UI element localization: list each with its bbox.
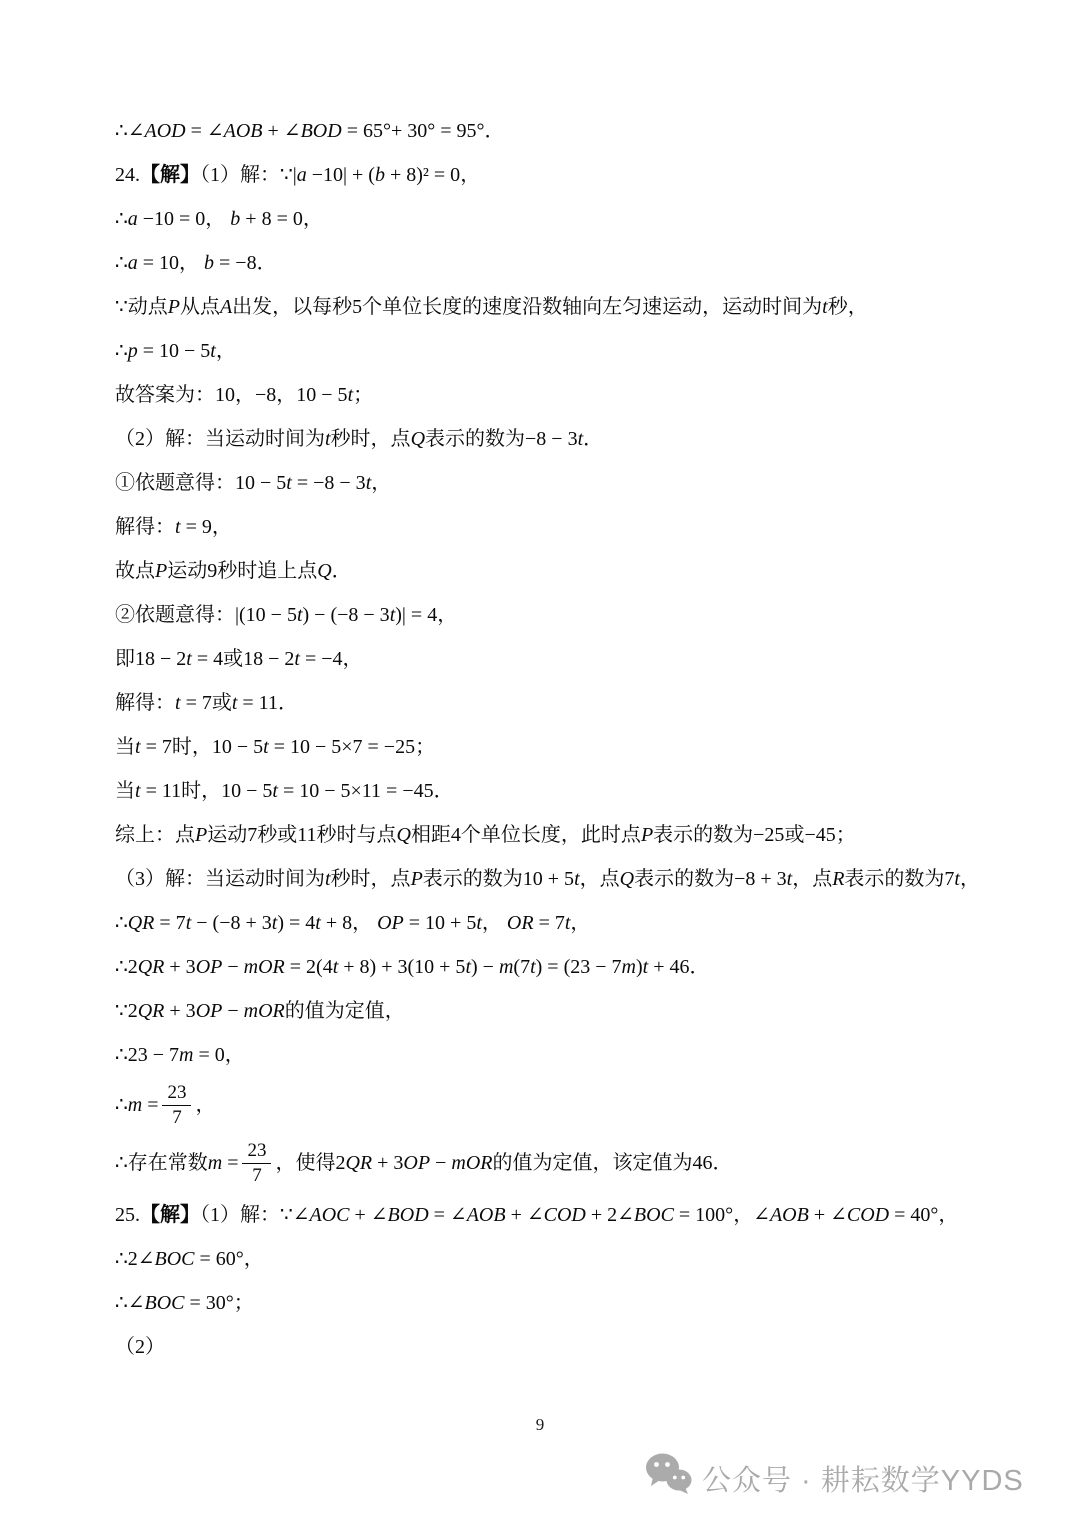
math-run: −8 [255,384,276,406]
text-run: ， [733,1204,753,1226]
text-run: ， [195,1094,215,1116]
fraction-denominator: 7 [242,1164,271,1185]
solution-content: ∴∠AOD = ∠AOB + ∠BOD = 65°+ 30° = 95°．24.… [115,116,1050,1376]
math-run: 10 − 5t [296,384,353,406]
text-run: ， [960,868,980,890]
text-run: 相距4个单位长度，此时点 [411,824,641,846]
footer-brand-text: 公众号 · 耕耘数学YYDS [702,1458,1024,1499]
solution-line: ∴m =237， [115,1084,1050,1129]
text-run: ． [690,956,710,978]
math-run: ∴ [115,1152,128,1174]
text-run: ， [343,648,363,670]
solution-line: ∴∠BOC = 30°； [115,1288,1050,1319]
solution-line: 即18 − 2t = 4或18 − 2t = −4， [115,644,1050,675]
text-run: 时， [172,736,212,758]
text-run: 秒， [828,296,868,318]
math-run: ∴a −10 = 0 [115,208,205,230]
math-run: t = 11 [232,692,278,714]
math-run: 18 − 2t = −4 [243,648,342,670]
solution-line: 故答案为：10，−8，10 − 5t； [115,380,1050,411]
fraction-numerator: 23 [242,1140,271,1164]
solution-line: ∴QR = 7t − (−8 + 3t) = 4t + 8， OP = 10 +… [115,908,1050,939]
math-run: 10 − 5t = −8 − 3t [235,472,371,494]
text-run: 当 [115,780,135,802]
text-run: ， [225,1044,245,1066]
text-run: ． [332,560,352,582]
solution-line: （2）解：当运动时间为t秒时，点Q表示的数为−8 − 3t． [115,424,1050,455]
text-run: ， [244,1248,264,1270]
math-run: t = 7 [175,692,212,714]
solution-line: ∵动点P从点A出发，以每秒5个单位长度的速度沿数轴向左匀速运动，运动时间为t秒， [115,292,1050,323]
text-run: ， [235,384,255,406]
text-run: ， [216,340,236,362]
math-run: m = [208,1152,239,1174]
math-run: ∴p = 10 − 5t [115,340,216,362]
text-run: ， [179,252,199,274]
text-run: 出发，以每秒5个单位长度的速度沿数轴向左匀速运动，运动时间为 [232,296,822,318]
text-run: （1）解： [200,164,280,186]
solution-line: 25.【解】（1）解：∵∠AOC + ∠BOD = ∠AOB + ∠COD + … [115,1200,1050,1231]
solution-line: （3）解：当运动时间为t秒时，点P表示的数为10 + 5t，点Q表示的数为−8 … [115,864,1050,895]
fraction-numerator: 23 [162,1082,191,1106]
solution-line: ∴∠AOD = ∠AOB + ∠BOD = 65°+ 30° = 95°． [115,116,1050,147]
math-run: ∴2∠BOC = 60° [115,1248,244,1270]
math-run: 10 − 5t = 10 − 5×11 = −45 [221,780,434,802]
text-run: ， [938,1204,958,1226]
text-run: ①依题意得： [115,472,235,494]
text-run: （2）解：当运动时间为 [115,428,325,450]
math-run: t = 7 [135,736,172,758]
math-run: 24. [115,164,140,186]
math-run: ∴2QR + 3OP − mOR = 2(4t + 8) + 3(10 + 5t… [115,956,690,978]
math-run: |(10 − 5t) − (−8 − 3t)| = 4 [235,604,437,626]
text-run: 表示的数为 [634,868,734,890]
footer-brand: 公众号 · 耕耘数学YYDS [645,1452,1024,1504]
solution-line: 综上：点P运动7秒或11秒时与点Q相距4个单位长度，此时点P表示的数为−25或−… [115,820,1050,851]
math-run: −25 [753,824,784,846]
text-run: ； [234,1292,254,1314]
text-run: ； [353,384,373,406]
solution-line: 故点P运动9秒时追上点Q． [115,556,1050,587]
solution-line: （2） [115,1332,1050,1363]
text-run: ， [371,472,391,494]
math-run: ∵2QR + 3OP − mOR [115,1000,285,1022]
math-run: OP = 10 + 5t [372,912,482,934]
math-run: b + 8 = 0 [225,208,303,230]
math-run: Q [411,428,425,450]
text-run: 秒时，点 [331,868,411,890]
solution-line: ∵2QR + 3OP − mOR的值为定值， [115,996,1050,1027]
text-run: 从点 [180,296,220,318]
math-run: ∴QR = 7t − (−8 + 3t) = 4t + 8 [115,912,352,934]
text-run: 秒时，点 [331,428,411,450]
math-run: Q [620,868,634,890]
text-run: ②依题意得： [115,604,235,626]
text-run: ，点 [792,868,832,890]
solution-line: 解得：t = 9， [115,512,1050,543]
math-run: −8 + 3t [734,868,792,890]
math-run: 7t [944,868,960,890]
text-run: 的值为定值， [285,1000,405,1022]
text-run: 或 [212,692,232,714]
math-run: 10 [215,384,235,406]
math-run: b = −8 [199,252,257,274]
text-run: ． [257,252,277,274]
math-run: P [195,824,207,846]
text-run-bold: 【解】 [140,1204,200,1226]
text-run: 表示的数为 [425,428,525,450]
solution-line: 解得：t = 7或t = 11． [115,688,1050,719]
text-run: （3）解：当运动时间为 [115,868,325,890]
math-run: ∴23 − 7m = 0 [115,1044,225,1066]
math-run: P [641,824,653,846]
text-run-bold: 【解】 [140,164,200,186]
math-run: ∠AOB + ∠COD = 40° [753,1204,938,1226]
math-run: 25. [115,1204,140,1226]
fraction-denominator: 7 [162,1106,191,1127]
math-run: −45 [804,824,835,846]
math-run: ∵|a −10| + (b + 8)² = 0 [280,164,460,186]
text-run: 故点 [115,560,155,582]
math-run: 10 + 5t [523,868,580,890]
text-run: ； [415,736,435,758]
text-run: 表示的数为 [653,824,753,846]
math-run: A [220,296,232,318]
wechat-icon [645,1453,692,1503]
math-run: ∴m = [115,1094,158,1116]
solution-line: ∴23 − 7m = 0， [115,1040,1050,1071]
text-run: ， [437,604,457,626]
math-run: ∵ [115,296,128,318]
solution-line: ∴2∠BOC = 60°， [115,1244,1050,1275]
text-run: 运动9秒时追上点 [167,560,317,582]
text-run: ，使得 [275,1152,335,1174]
math-run: ∴∠BOC = 30° [115,1292,234,1314]
math-run: ∴∠AOD = ∠AOB + ∠BOD = 65°+ 30° = 95° [115,120,485,142]
solution-line: ∴p = 10 − 5t， [115,336,1050,367]
text-run: 动点 [128,296,168,318]
text-run: 或 [223,648,243,670]
math-run: 10 − 5t = 10 − 5×7 = −25 [212,736,415,758]
fraction: 237 [162,1082,191,1127]
math-run: −8 − 3t [525,428,583,450]
math-run: ∴a = 10 [115,252,179,274]
math-run: P [155,560,167,582]
text-run: ． [434,780,454,802]
text-run: ， [276,384,296,406]
math-run: Q [317,560,331,582]
text-run: 运动7秒或11秒时与点 [207,824,396,846]
text-run: ， [205,208,225,230]
text-run: （2） [115,1336,165,1358]
solution-line: 当t = 11时，10 − 5t = 10 − 5×11 = −45． [115,776,1050,807]
text-run: 当 [115,736,135,758]
text-run: ． [278,692,298,714]
math-run: P [168,296,180,318]
text-run: 表示的数为 [844,868,944,890]
text-run: ； [836,824,856,846]
text-run: ． [583,428,603,450]
solution-line: ①依题意得：10 − 5t = −8 − 3t， [115,468,1050,499]
text-run: 故答案为： [115,384,215,406]
math-run: t = 11 [135,780,181,802]
solution-line: ∴2QR + 3OP − mOR = 2(4t + 8) + 3(10 + 5t… [115,952,1050,983]
math-run: Q [396,824,410,846]
math-run: 2QR + 3OP − mOR [335,1152,492,1174]
solution-line: 24.【解】（1）解：∵|a −10| + (b + 8)² = 0， [115,160,1050,191]
math-run: OR = 7t [502,912,571,934]
math-run: 18 − 2t = 4 [135,648,223,670]
text-run: 综上：点 [115,824,195,846]
solution-line: ②依题意得：|(10 − 5t) − (−8 − 3t)| = 4， [115,600,1050,631]
text-run: 时， [181,780,221,802]
text-run: 或 [784,824,804,846]
solution-line: ∴a −10 = 0， b + 8 = 0， [115,204,1050,235]
solution-line: 当t = 7时，10 − 5t = 10 − 5×7 = −25； [115,732,1050,763]
text-run: ， [570,912,590,934]
text-run: ， [460,164,480,186]
text-run: ． [485,120,505,142]
text-run: （1）解： [200,1204,280,1226]
text-run: 解得： [115,692,175,714]
text-run: 解得： [115,516,175,538]
text-run: 表示的数为 [423,868,523,890]
math-run: t = 9 [175,516,212,538]
text-run: 存在常数 [128,1152,208,1174]
page-number: 9 [0,1415,1080,1435]
text-run: ， [212,516,232,538]
solution-line: ∴存在常数m =237，使得2QR + 3OP − mOR的值为定值，该定值为4… [115,1142,1050,1187]
text-run: ， [482,912,502,934]
text-run: ， [352,912,372,934]
math-run: P [411,868,423,890]
text-run: 的值为定值，该定值为46． [492,1152,732,1174]
text-run: 即 [115,648,135,670]
solution-line: ∴a = 10， b = −8． [115,248,1050,279]
text-run: ， [303,208,323,230]
fraction: 237 [242,1140,271,1185]
math-run: R [832,868,844,890]
math-run: ∵∠AOC + ∠BOD = ∠AOB + ∠COD + 2∠BOC = 100… [280,1204,733,1226]
text-run: ，点 [580,868,620,890]
